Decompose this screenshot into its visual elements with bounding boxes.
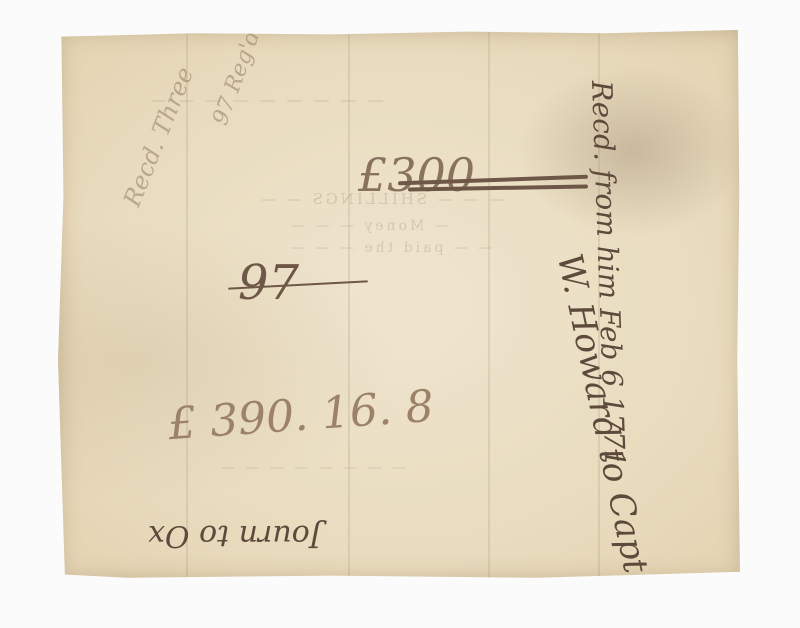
inverted-note: Journ to Ox xyxy=(148,518,322,553)
fold-line xyxy=(348,30,350,580)
total-amount: £ 390. 16. 8 xyxy=(167,381,436,450)
crossed-amount: £300 xyxy=(358,148,475,202)
printed-show-through: — Money — — — xyxy=(288,218,449,234)
printed-show-through: — — paid the — — — xyxy=(288,240,492,256)
faint-left-note-2: 97 Reg'd xyxy=(208,27,265,128)
crossed-number: 97 xyxy=(238,255,299,311)
document-paper: — — — — — — — — — — — — SHILLINGS — — — … xyxy=(58,30,742,580)
fold-line xyxy=(186,30,188,580)
fold-line xyxy=(488,30,490,580)
printed-show-through: — — — — — — — — xyxy=(218,460,406,476)
